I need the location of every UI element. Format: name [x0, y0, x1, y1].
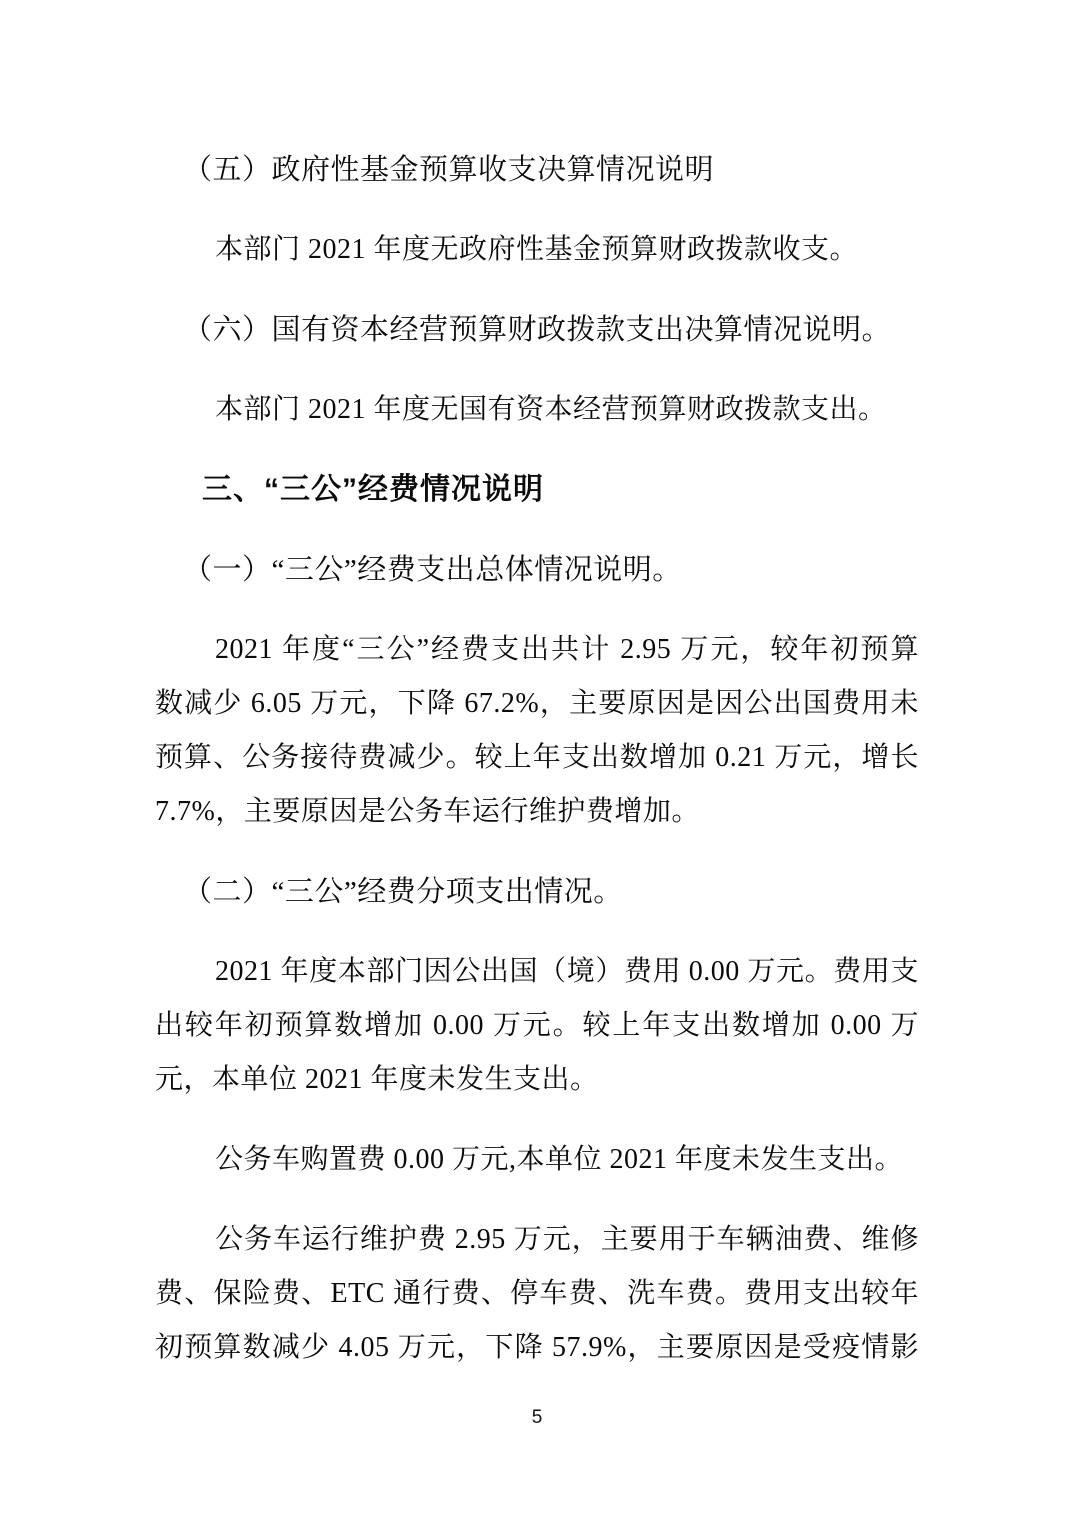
heading-three-public-expenses: 三、“三公”经费情况说明 — [155, 463, 919, 517]
heading-sub-1-overall-spending: （一）“三公”经费支出总体情况说明。 — [155, 543, 919, 597]
paragraph-no-gov-fund: 本部门 2021 年度无政府性基金预算财政拨款收支。 — [155, 223, 919, 277]
heading-sub-2-itemized-spending: （二）“三公”经费分项支出情况。 — [155, 865, 919, 919]
heading-section-6-state-capital-budget: （六）国有资本经营预算财政拨款支出决算情况说明。 — [155, 303, 919, 357]
paragraph-line: 本部门 2021 年度无政府性基金预算财政拨款收支。 — [155, 223, 919, 277]
paragraph-line: 费、保险费、ETC 通行费、停车费、洗车费。费用支出较年 — [155, 1267, 919, 1321]
paragraph-line: 初预算数减少 4.05 万元，下降 57.9%，主要原因是受疫情影 — [155, 1321, 919, 1375]
paragraph-overseas-travel: 2021 年度本部门因公出国（境）费用 0.00 万元。费用支 出较年初预算数增… — [155, 945, 919, 1107]
paragraph-line: 2021 年度“三公”经费支出共计 2.95 万元，较年初预算 — [155, 623, 919, 677]
paragraph-no-state-capital: 本部门 2021 年度无国有资本经营预算财政拨款支出。 — [155, 383, 919, 437]
heading-section-5-gov-fund-budget: （五）政府性基金预算收支决算情况说明 — [155, 143, 919, 197]
paragraph-line: 出较年初预算数增加 0.00 万元。较上年支出数增加 0.00 万 — [155, 999, 919, 1053]
paragraph-line: 预算、公务接待费减少。较上年支出数增加 0.21 万元，增长 — [155, 731, 919, 785]
paragraph-line: 本部门 2021 年度无国有资本经营预算财政拨款支出。 — [155, 383, 919, 437]
paragraph-vehicle-purchase: 公务车购置费 0.00 万元,本单位 2021 年度未发生支出。 — [155, 1133, 919, 1187]
paragraph-line: 数减少 6.05 万元，下降 67.2%，主要原因是因公出国费用未 — [155, 677, 919, 731]
paragraph-line: 2021 年度本部门因公出国（境）费用 0.00 万元。费用支 — [155, 945, 919, 999]
paragraph-line: 7.7%，主要原因是公务车运行维护费增加。 — [155, 785, 919, 839]
paragraph-overall-spending: 2021 年度“三公”经费支出共计 2.95 万元，较年初预算 数减少 6.05… — [155, 623, 919, 839]
paragraph-line: 公务车购置费 0.00 万元,本单位 2021 年度未发生支出。 — [155, 1133, 919, 1187]
paragraph-line: 公务车运行维护费 2.95 万元，主要用于车辆油费、维修 — [155, 1213, 919, 1267]
paragraph-vehicle-maintenance: 公务车运行维护费 2.95 万元，主要用于车辆油费、维修 费、保险费、ETC 通… — [155, 1213, 919, 1375]
document-page-content: （五）政府性基金预算收支决算情况说明 本部门 2021 年度无政府性基金预算财政… — [155, 143, 919, 1401]
paragraph-line: 元，本单位 2021 年度未发生支出。 — [155, 1053, 919, 1107]
page-number: 5 — [0, 1403, 1074, 1433]
